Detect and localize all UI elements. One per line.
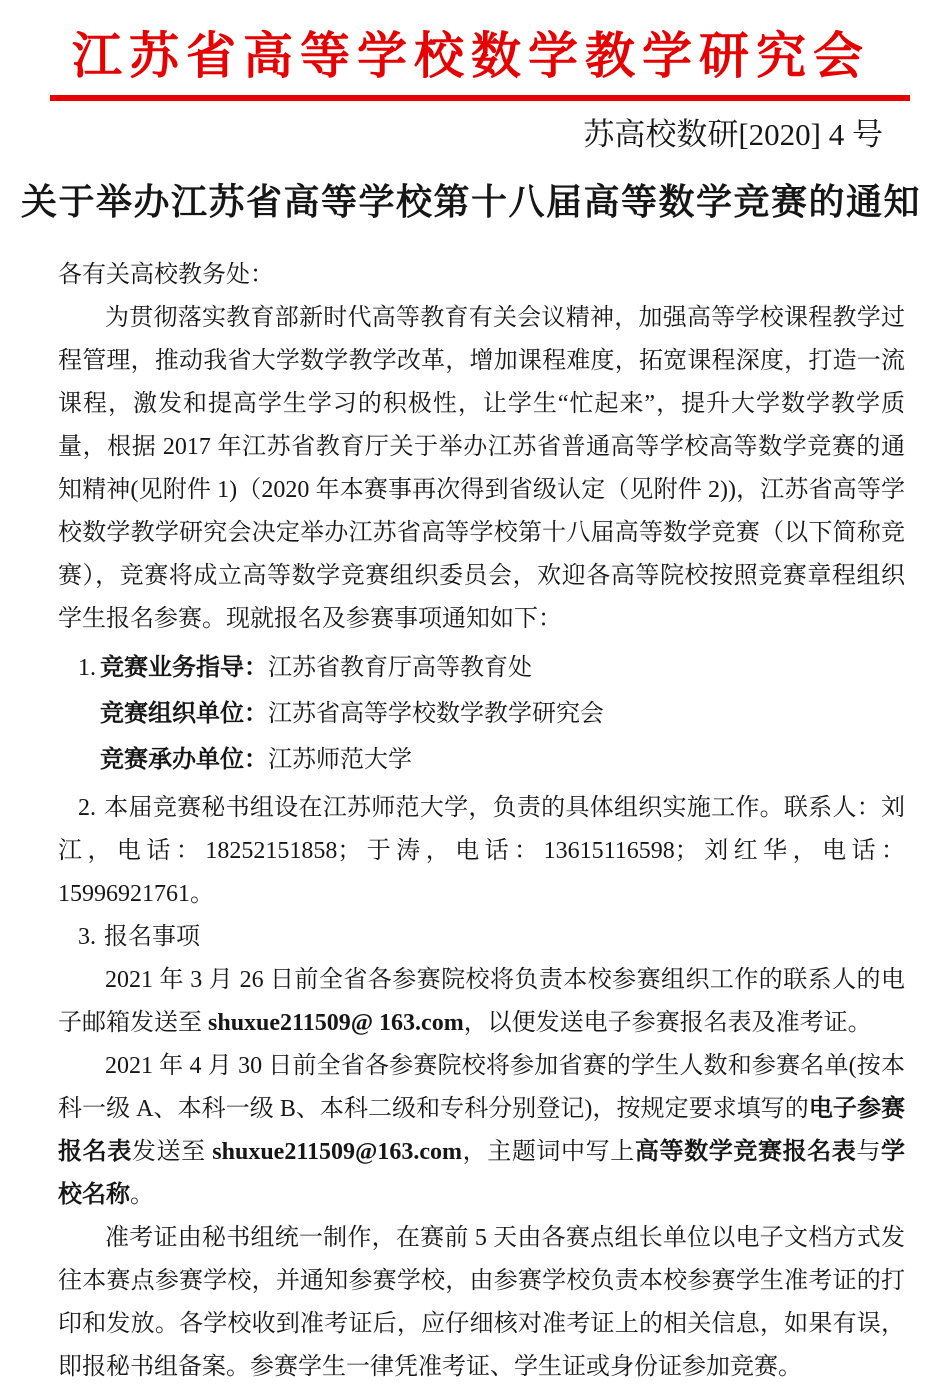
- text-segment: 2021 年 4 月 30 日前全省各参赛院校将参加省赛的学生人数和参赛名单(按…: [58, 1053, 905, 1122]
- subject-term: 高等数学竞赛报名表: [635, 1139, 857, 1165]
- red-divider-rule: [50, 95, 910, 101]
- list-item-business-guidance: 1.竞赛业务指导：江苏省教育厅高等教育处: [78, 645, 905, 691]
- item-number: 2.: [78, 787, 104, 830]
- paragraph-contact-email: 2021 年 3 月 26 日前全省各参赛院校将负责本校参赛组织工作的联系人的电…: [58, 959, 905, 1045]
- item-label: 竞赛承办单位：: [100, 747, 268, 773]
- document-number: 苏高校数研[2020] 4 号: [0, 115, 942, 155]
- organizer-list: 1.竞赛业务指导：江苏省教育厅高等教育处 竞赛组织单位：江苏省高等学校数学教学研…: [78, 645, 905, 783]
- paragraph-secretariat: 2.本届竞赛秘书组设在江苏师范大学，负责的具体组织实施工作。联系人：刘江，电话：…: [58, 787, 905, 916]
- item-number: 1.: [78, 645, 100, 691]
- text-segment: 报名事项: [104, 924, 200, 950]
- text-segment: 。: [130, 1182, 154, 1208]
- email-address: shuxue211509@ 163.com: [208, 1010, 464, 1036]
- salutation: 各有关高校教务处：: [58, 254, 905, 297]
- text-segment: ，主题词中写上: [462, 1139, 635, 1165]
- document-page: 江苏省高等学校数学教学研究会 苏高校数研[2020] 4 号 关于举办江苏省高等…: [0, 0, 942, 1391]
- paragraph-registration-heading: 3.报名事项: [58, 916, 905, 959]
- paragraph-registration-form: 2021 年 4 月 30 日前全省各参赛院校将参加省赛的学生人数和参赛名单(按…: [58, 1045, 905, 1217]
- email-address: shuxue211509@163.com: [212, 1139, 462, 1165]
- item-value: 江苏省教育厅高等教育处: [268, 655, 532, 681]
- page-title: 关于举办江苏省高等学校第十八届高等数学竞赛的通知: [0, 179, 942, 226]
- text-segment: 与: [856, 1139, 881, 1165]
- text-segment: 发送至: [132, 1139, 212, 1165]
- intro-paragraph: 为贯彻落实教育部新时代高等教育有关会议精神，加强高等学校课程教学过程管理，推动我…: [58, 297, 905, 641]
- organization-name: 江苏省高等学校数学教学研究会: [0, 24, 942, 89]
- list-item-organizing-unit: 竞赛组织单位：江苏省高等学校数学教学研究会: [78, 691, 905, 737]
- item-number: 3.: [78, 916, 104, 959]
- text-segment: 本届竞赛秘书组设在江苏师范大学，负责的具体组织实施工作。联系人：刘江，电话：18…: [58, 795, 905, 907]
- document-body: 各有关高校教务处： 为贯彻落实教育部新时代高等教育有关会议精神，加强高等学校课程…: [58, 254, 905, 1389]
- list-item-hosting-unit: 竞赛承办单位：江苏师范大学: [78, 737, 905, 783]
- item-value: 江苏师范大学: [268, 747, 412, 773]
- item-label: 竞赛业务指导：: [100, 655, 268, 681]
- item-value: 江苏省高等学校数学教学研究会: [268, 701, 604, 727]
- text-segment: ，以便发送电子参赛报名表及准考证。: [464, 1010, 872, 1036]
- paragraph-admission-ticket: 准考证由秘书组统一制作，在赛前 5 天由各赛点组长单位以电子文档方式发往本赛点参…: [58, 1217, 905, 1389]
- item-label: 竞赛组织单位：: [100, 701, 268, 727]
